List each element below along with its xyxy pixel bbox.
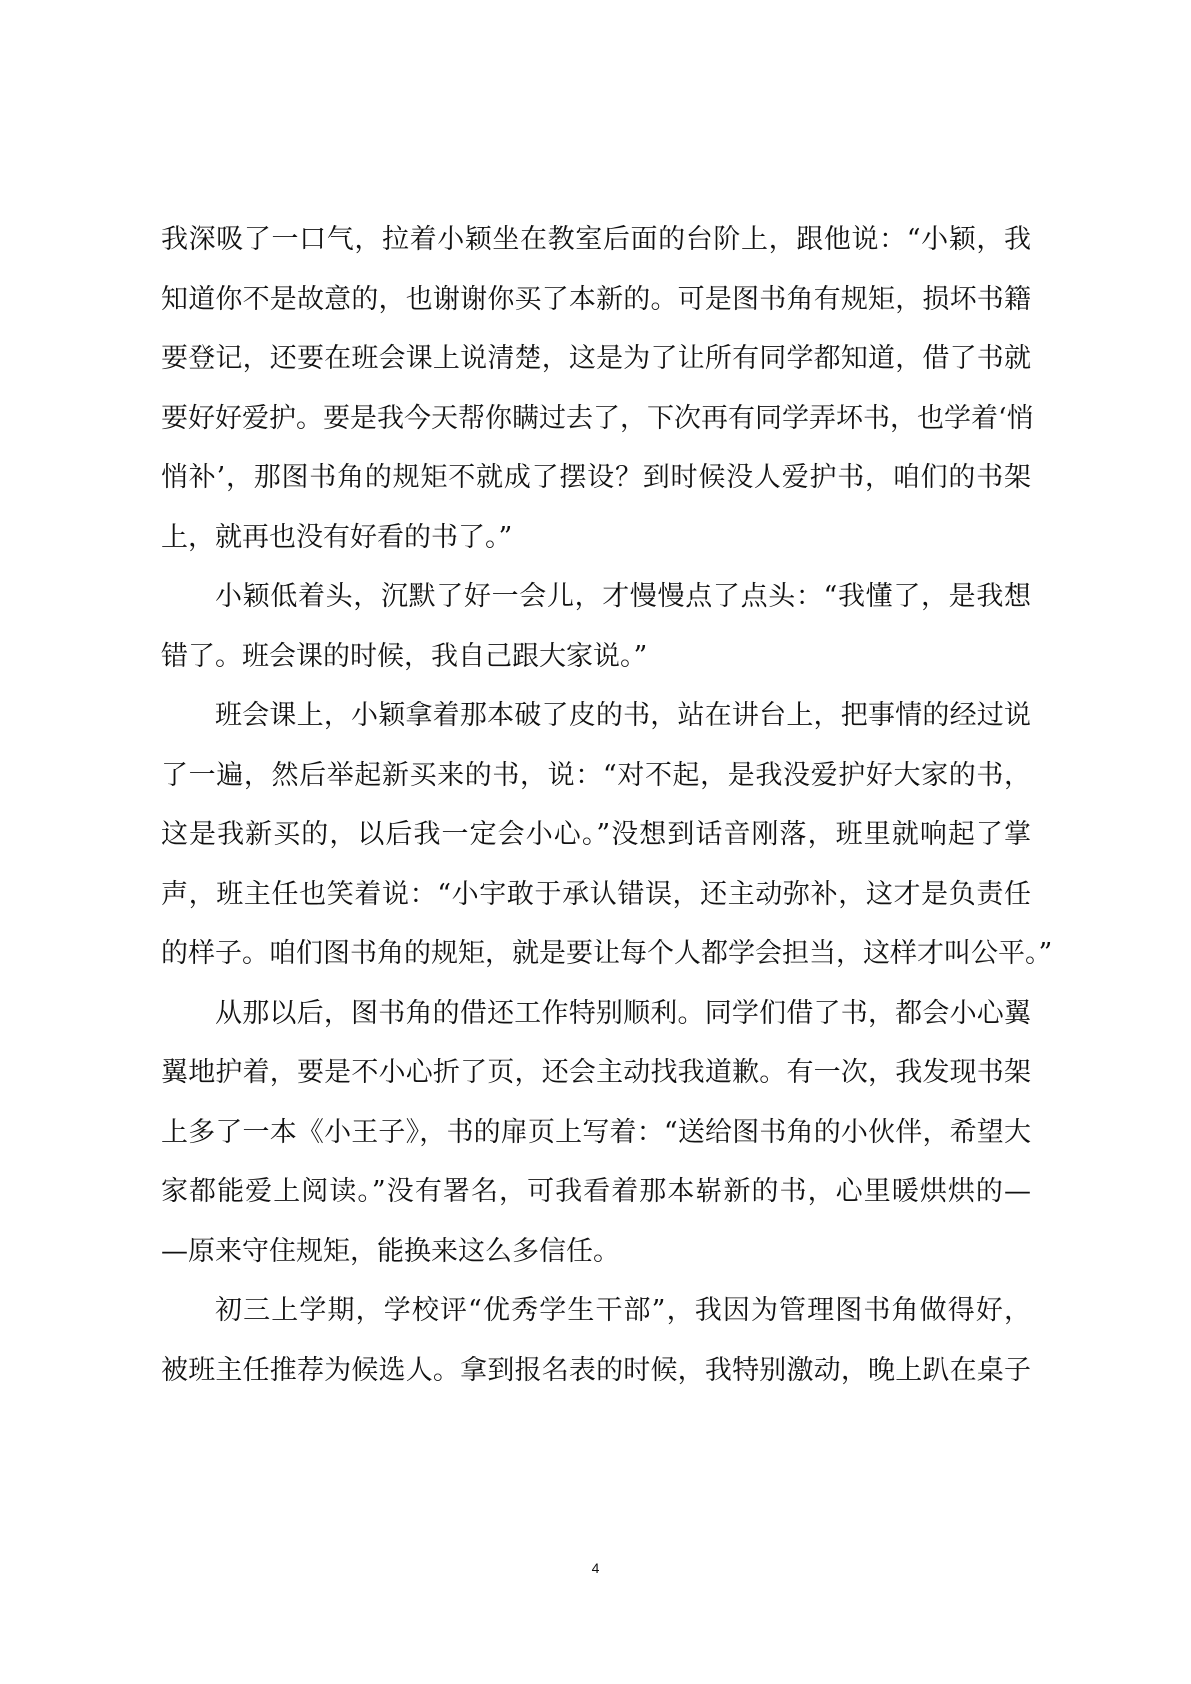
text-line: 被班主任推荐为候选人。拿到报名表的时候，我特别激动，晚上趴在桌子 [161, 1341, 1031, 1401]
text-line: 这是我新买的，以后我一定会小心。”没想到话音刚落，班里就响起了掌 [161, 805, 1031, 865]
text-line: 翼地护着，要是不小心折了页，还会主动找我道歉。有一次，我发现书架 [161, 1043, 1031, 1103]
paragraph-start-line: 小颖低着头，沉默了好一会儿，才慢慢点了点头：“我懂了，是我想 [161, 567, 1031, 627]
text-line: 了一遍，然后举起新买来的书，说：“对不起，是我没爱护好大家的书， [161, 746, 1031, 806]
text-line: 上，就再也没有好看的书了。” [161, 508, 1031, 568]
text-line: 知道你不是故意的，也谢谢你买了本新的。可是图书角有规矩，损坏书籍 [161, 270, 1031, 330]
body-text: 我深吸了一口气，拉着小颖坐在教室后面的台阶上，跟他说：“小颖，我 知道你不是故意… [161, 210, 1031, 1400]
text-line: 要登记，还要在班会课上说清楚，这是为了让所有同学都知道，借了书就 [161, 329, 1031, 389]
text-line: 我深吸了一口气，拉着小颖坐在教室后面的台阶上，跟他说：“小颖，我 [161, 210, 1031, 270]
text-line: 声，班主任也笑着说：“小宇敢于承认错误，还主动弥补，这才是负责任 [161, 865, 1031, 925]
page-number: 4 [0, 1560, 1191, 1576]
text-line: 悄补’，那图书角的规矩不就成了摆设？到时候没人爱护书，咱们的书架 [161, 448, 1031, 508]
text-line: 上多了一本《小王子》，书的扉页上写着：“送给图书角的小伙伴，希望大 [161, 1103, 1031, 1163]
paragraph-start-line: 初三上学期，学校评“优秀学生干部”，我因为管理图书角做得好， [161, 1281, 1031, 1341]
paragraph-start-line: 从那以后，图书角的借还工作特别顺利。同学们借了书，都会小心翼 [161, 984, 1031, 1044]
text-line: 的样子。咱们图书角的规矩，就是要让每个人都学会担当，这样才叫公平。” [161, 924, 1031, 984]
text-line: 错了。班会课的时候，我自己跟大家说。” [161, 627, 1031, 687]
text-line: 要好好爱护。要是我今天帮你瞒过去了，下次再有同学弄坏书，也学着‘悄 [161, 389, 1031, 449]
text-line: —原来守住规矩，能换来这么多信任。 [161, 1222, 1031, 1282]
text-line: 家都能爱上阅读。”没有署名，可我看着那本崭新的书，心里暖烘烘的— [161, 1162, 1031, 1222]
document-page: 我深吸了一口气，拉着小颖坐在教室后面的台阶上，跟他说：“小颖，我 知道你不是故意… [0, 0, 1191, 1684]
paragraph-start-line: 班会课上，小颖拿着那本破了皮的书，站在讲台上，把事情的经过说 [161, 686, 1031, 746]
